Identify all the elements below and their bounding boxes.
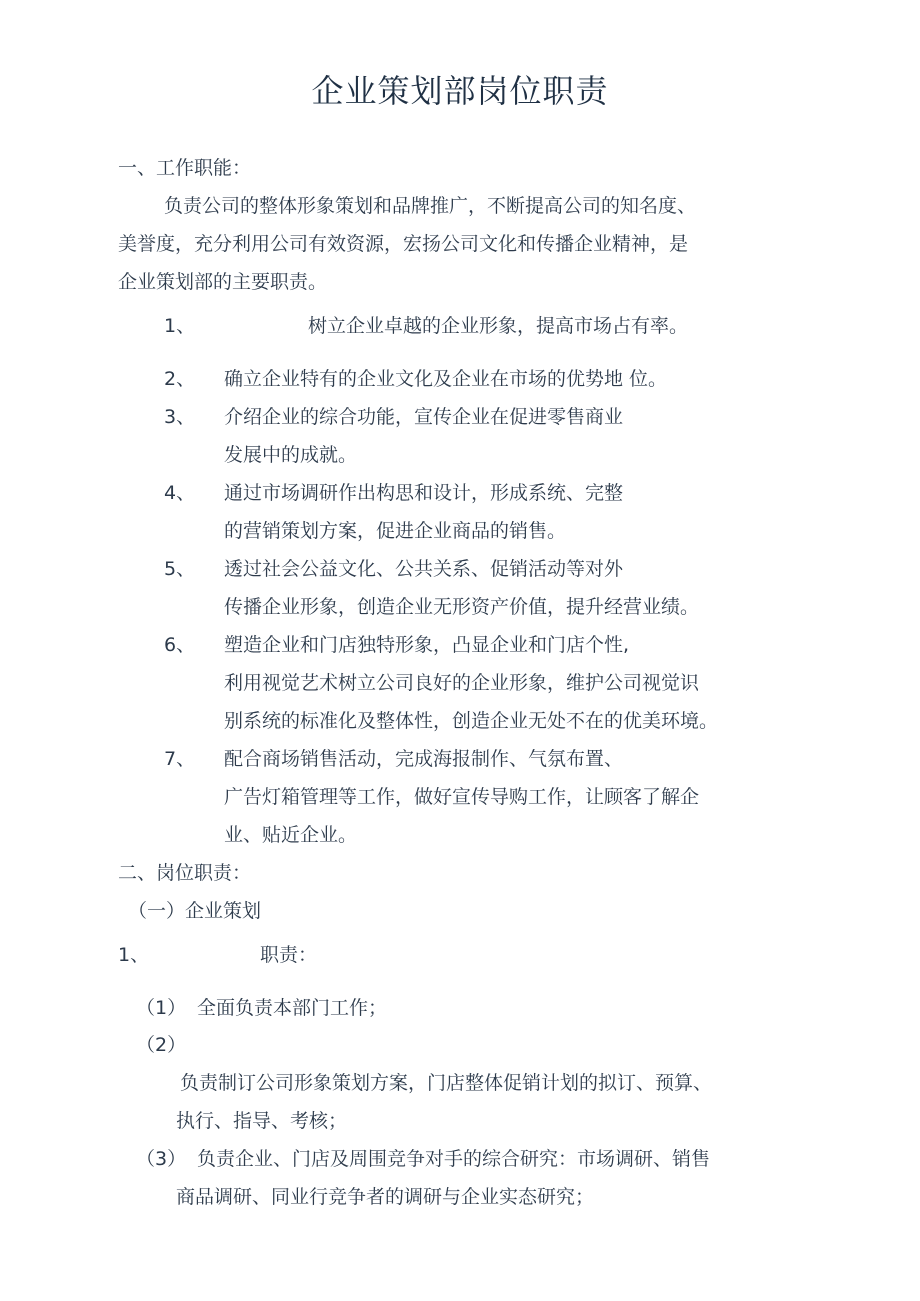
section-2-heading: 二、岗位职责： bbox=[118, 861, 251, 885]
document-page: 企业策划部岗位职责 一、工作职能： 负责公司的整体形象策划和品牌推广，不断提高公… bbox=[0, 0, 920, 1301]
intro-line-3: 企业策划部的主要职责。 bbox=[118, 270, 327, 294]
duty-3-text-line-2: 商品调研、同业行竞争者的调研与企业实态研究； bbox=[176, 1185, 594, 1209]
item-2-text: 确立企业特有的企业文化及企业在市场的优势地 位。 bbox=[224, 367, 667, 391]
item-1-text: 树立企业卓越的企业形象，提高市场占有率。 bbox=[308, 314, 688, 338]
item-6-text-line-1: 塑造企业和门店独特形象，凸显企业和门店个性, bbox=[224, 633, 629, 657]
section-1-heading: 一、工作职能： bbox=[118, 156, 251, 180]
item-6-text-line-3: 别系统的标准化及整体性，创造企业无处不在的优美环境。 bbox=[224, 709, 718, 733]
item-6-text-line-2: 利用视觉艺术树立公司良好的企业形象，维护公司视觉识 bbox=[224, 671, 699, 695]
item-3-text-line-2: 发展中的成就。 bbox=[224, 443, 357, 467]
item-7-text-line-1: 配合商场销售活动，完成海报制作、气氛布置、 bbox=[224, 747, 623, 771]
item-4-text-line-1: 通过市场调研作出构思和设计，形成系统、完整 bbox=[224, 481, 623, 505]
document-title: 企业策划部岗位职责 bbox=[0, 70, 920, 112]
duty-2-number: （2） bbox=[136, 1033, 186, 1057]
duty-1-text: 全面负责本部门工作； bbox=[197, 996, 387, 1020]
item-2-number: 2、 bbox=[164, 367, 195, 391]
item-3-number: 3、 bbox=[164, 405, 195, 429]
duty-3-text-line-1: 负责企业、门店及周围竞争对手的综合研究：市场调研、销售 bbox=[197, 1147, 710, 1171]
sub-item-1-number: 1、 bbox=[118, 943, 149, 967]
item-5-number: 5、 bbox=[164, 557, 195, 581]
item-4-number: 4、 bbox=[164, 481, 195, 505]
item-7-text-line-3: 业、贴近企业。 bbox=[224, 823, 357, 847]
sub-item-1-label: 职责： bbox=[260, 943, 317, 967]
item-6-number: 6、 bbox=[164, 633, 195, 657]
item-5-text-line-1: 透过社会公益文化、公共关系、促销活动等对外 bbox=[224, 557, 623, 581]
item-7-number: 7、 bbox=[164, 747, 195, 771]
item-5-text-line-2: 传播企业形象，创造企业无形资产价值，提升经营业绩。 bbox=[224, 595, 699, 619]
intro-line-2: 美誉度，充分利用公司有效资源，宏扬公司文化和传播企业精神，是 bbox=[118, 232, 688, 256]
duty-2-text-line-1: 负责制订公司形象策划方案，门店整体促销计划的拟订、预算、 bbox=[180, 1071, 712, 1095]
item-7-text-line-2: 广告灯箱管理等工作，做好宣传导购工作，让顾客了解企 bbox=[224, 785, 699, 809]
duty-1-number: （1） bbox=[136, 996, 186, 1020]
item-4-text-line-2: 的营销策划方案，促进企业商品的销售。 bbox=[224, 519, 566, 543]
duty-2-text-line-2: 执行、指导、考核； bbox=[176, 1109, 347, 1133]
item-3-text-line-1: 介绍企业的综合功能，宣传企业在促进零售商业 bbox=[224, 405, 623, 429]
intro-line-1: 负责公司的整体形象策划和品牌推广，不断提高公司的知名度、 bbox=[164, 194, 696, 218]
section-2-sub-heading: （一）企业策划 bbox=[128, 899, 261, 923]
duty-3-number: （3） bbox=[136, 1147, 186, 1171]
item-1-number: 1、 bbox=[164, 314, 195, 338]
